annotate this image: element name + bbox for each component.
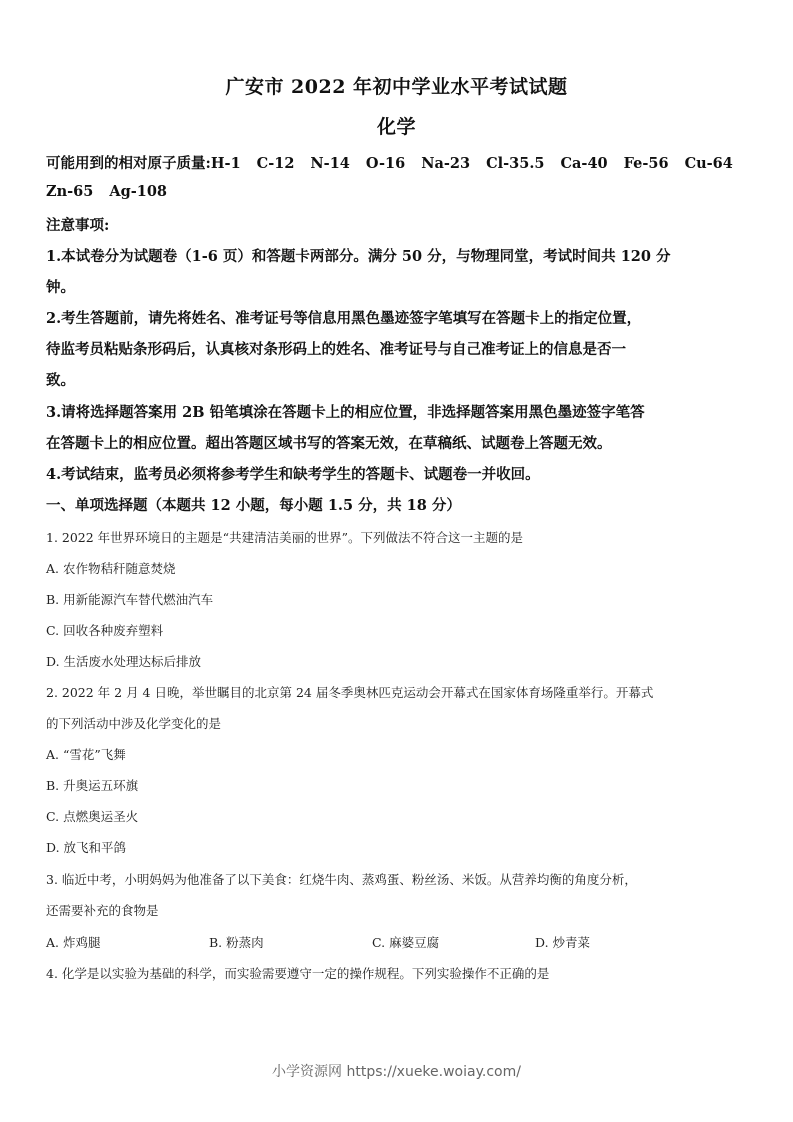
notice-2-line-2: 待监考员粘贴条形码后，认真核对条形码上的姓名、准考证号与自己准考证上的信息是否一 (46, 338, 753, 359)
question-3-option-b: B. 粉蒸肉 (209, 933, 372, 951)
atomic-masses-label: 可能用到的相对原子质量: (46, 155, 211, 172)
section-heading: 一、单项选择题（本题共 12 小题，每小题 1.5 分，共 18 分） (46, 494, 753, 515)
question-3-options: A. 炸鸡腿B. 粉蒸肉C. 麻婆豆腐D. 炒青菜 (46, 933, 746, 951)
question-1-option-c: C. 回收各种废弃塑料 (46, 621, 753, 639)
watermark-footer: 小学资源网 https://xueke.woiay.com/ (0, 1061, 793, 1081)
notice-1-line-2: 钟。 (46, 276, 753, 297)
question-2-option-b: B. 升奥运五环旗 (46, 776, 753, 794)
question-2-stem-cont: 的下列活动中涉及化学变化的是 (46, 714, 753, 732)
notice-3-line-1: 3.请将选择题答案用 2B 铅笔填涂在答题卡上的相应位置，非选择题答案用黑色墨迹… (46, 401, 753, 422)
atomic-mass: O-16 (366, 155, 405, 172)
question-3-option-d: D. 炒青菜 (535, 933, 698, 951)
question-3-option-a: A. 炸鸡腿 (46, 933, 209, 951)
notice-heading: 注意事项: (46, 214, 753, 235)
notice-3-line-2: 在答题卡上的相应位置。超出答题区域书写的答案无效，在草稿纸、试题卷上答题无效。 (46, 432, 753, 453)
question-1-option-d: D. 生活废水处理达标后排放 (46, 652, 753, 670)
atomic-mass: H-1 (211, 155, 241, 172)
question-3-option-c: C. 麻婆豆腐 (372, 933, 535, 951)
atomic-mass: Fe-56 (624, 155, 669, 172)
notice-2-line-1: 2.考生答题前，请先将姓名、准考证号等信息用黑色墨迹签字笔填写在答题卡上的指定位… (46, 307, 753, 328)
notice-4-line-1: 4.考试结束，监考员必须将参考学生和缺考学生的答题卡、试题卷一并收回。 (46, 463, 753, 484)
question-3-stem-cont: 还需要补充的食物是 (46, 901, 753, 919)
atomic-mass: Cl-35.5 (486, 155, 544, 172)
question-2-stem: 2. 2022 年 2 月 4 日晚，举世瞩目的北京第 24 届冬季奥林匹克运动… (46, 683, 753, 701)
atomic-mass: Zn-65 (46, 183, 93, 200)
atomic-mass: Cu-64 (685, 155, 733, 172)
notice-2-line-3: 致。 (46, 369, 753, 390)
atomic-mass: Ag-108 (109, 183, 167, 200)
atomic-mass: C-12 (257, 155, 295, 172)
atomic-mass: Na-23 (421, 155, 470, 172)
question-1-option-b: B. 用新能源汽车替代燃油汽车 (46, 590, 753, 608)
exam-subject: 化学 (0, 112, 793, 139)
atomic-mass: Ca-40 (560, 155, 607, 172)
question-2-option-d: D. 放飞和平鸽 (46, 838, 753, 856)
atomic-masses-line-2: Zn-65Ag-108 (46, 183, 753, 200)
exam-title: 广安市 2022 年初中学业水平考试试题 (0, 72, 793, 99)
question-2-option-a: A. “雪花”飞舞 (46, 745, 753, 763)
question-4-stem: 4. 化学是以实验为基础的科学，而实验需要遵守一定的操作规程。下列实验操作不正确… (46, 964, 753, 982)
question-3-stem: 3. 临近中考，小明妈妈为他准备了以下美食：红烧牛肉、蒸鸡蛋、粉丝汤、米饭。从营… (46, 870, 753, 888)
question-2-option-c: C. 点燃奥运圣火 (46, 807, 753, 825)
notice-1-line-1: 1.本试卷分为试题卷（1-6 页）和答题卡两部分。满分 50 分，与物理同堂，考… (46, 245, 753, 266)
atomic-masses-line-1: 可能用到的相对原子质量:H-1C-12N-14O-16Na-23Cl-35.5C… (46, 152, 753, 173)
exam-page: 广安市 2022 年初中学业水平考试试题 化学 可能用到的相对原子质量:H-1C… (0, 0, 793, 1122)
atomic-mass: N-14 (310, 155, 349, 172)
question-1-stem: 1. 2022 年世界环境日的主题是“共建清洁美丽的世界”。下列做法不符合这一主… (46, 528, 753, 546)
question-1-option-a: A. 农作物秸秆随意焚烧 (46, 559, 753, 577)
